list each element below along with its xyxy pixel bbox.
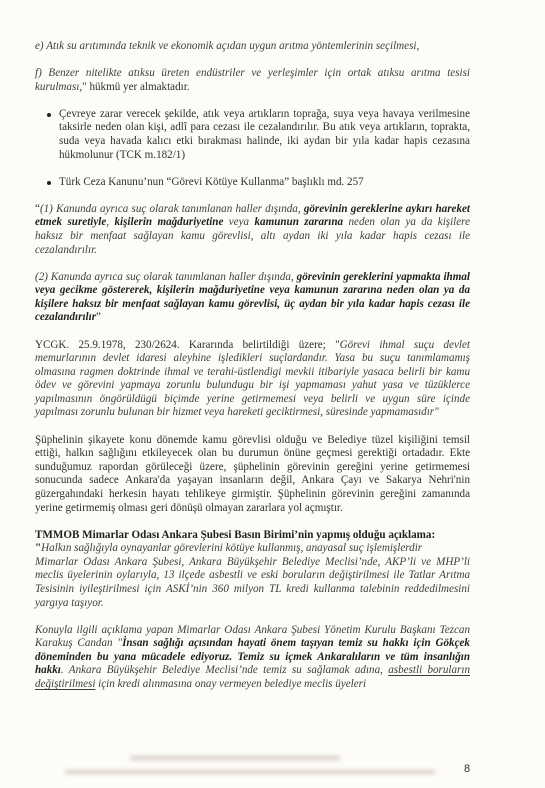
- page-number: 8: [464, 763, 470, 777]
- text-segment: . Ankara Büyükşehir Belediye Meclisi’nde…: [61, 664, 388, 676]
- text-segment: için kredi alınmasına onay vermeyen bele…: [95, 678, 366, 690]
- ycgk-paragraph: YCGK. 25.9.1978, 230/2624. Kararında bel…: [35, 339, 470, 421]
- bullet-list: Çevreye zarar verecek şekilde, atık veya…: [35, 108, 470, 189]
- candan-paragraph: Konuyla ilgili açıklama yapan Mimarlar O…: [35, 624, 470, 692]
- suspect-paragraph: Şüphelinin şikayete konu dönemde kamu gö…: [35, 434, 470, 516]
- bullet-text: Türk Ceza Kanunu’nun “Görevi Kötüye Kull…: [59, 176, 364, 188]
- tmmob-heading: TMMOB Mimarlar Odası Ankara Şubesi Basın…: [35, 529, 470, 543]
- document-page: e) Atık su arıtımında teknik ve ekonomik…: [35, 40, 470, 692]
- footer-redacted-line: [130, 756, 340, 760]
- bullet-dot-icon: [47, 181, 51, 185]
- close-quote: ”: [96, 311, 101, 323]
- tmmob-statement-line1: "Halkın sağlığıyla oynayanlar görevlerin…: [35, 542, 470, 556]
- ycgk-lead: YCGK. 25.9.1978, 230/2624. Kararında bel…: [35, 339, 340, 351]
- tmmob-statement-body: Mimarlar Odası Ankara Şubesi, Ankara Büy…: [35, 556, 470, 610]
- article-257-paragraph-1: “(1) Kanunda ayrıca suç olarak tanımlana…: [35, 203, 470, 257]
- text-segment: (1) Kanunda ayrıca suç olarak tanımlanan…: [40, 203, 304, 215]
- tmmob-subtitle: Halkın sağlığıyla oynayanlar görevlerini…: [41, 542, 422, 554]
- bold-segment: kamunun zararına: [254, 216, 343, 228]
- bold-segment: kişilerin mağduriyetine: [114, 216, 223, 228]
- underlined-segment: asbestli boruların: [388, 664, 470, 676]
- text-segment: (2) Kanunda ayrıca suç olarak tanımlanan…: [35, 271, 297, 283]
- underlined-segment: değiştirilmesi: [35, 678, 95, 690]
- bullet-item-tck-257: Türk Ceza Kanunu’nun “Görevi Kötüye Kull…: [35, 176, 470, 190]
- bullet-text: Çevreye zarar verecek şekilde, atık veya…: [59, 108, 470, 161]
- item-e: e) Atık su arıtımında teknik ve ekonomik…: [35, 40, 470, 54]
- footer-redacted-line: [65, 770, 435, 774]
- text-segment: veya: [223, 216, 254, 228]
- bullet-dot-icon: [47, 113, 51, 117]
- item-f-tail: " hükmü yer almaktadır.: [82, 81, 189, 93]
- article-257-paragraph-2: (2) Kanunda ayrıca suç olarak tanımlanan…: [35, 271, 470, 325]
- item-f: f) Benzer nitelikte atıksu üreten endüst…: [35, 67, 470, 94]
- page-footer: 8: [0, 752, 545, 782]
- bullet-item-tck-182: Çevreye zarar verecek şekilde, atık veya…: [35, 108, 470, 162]
